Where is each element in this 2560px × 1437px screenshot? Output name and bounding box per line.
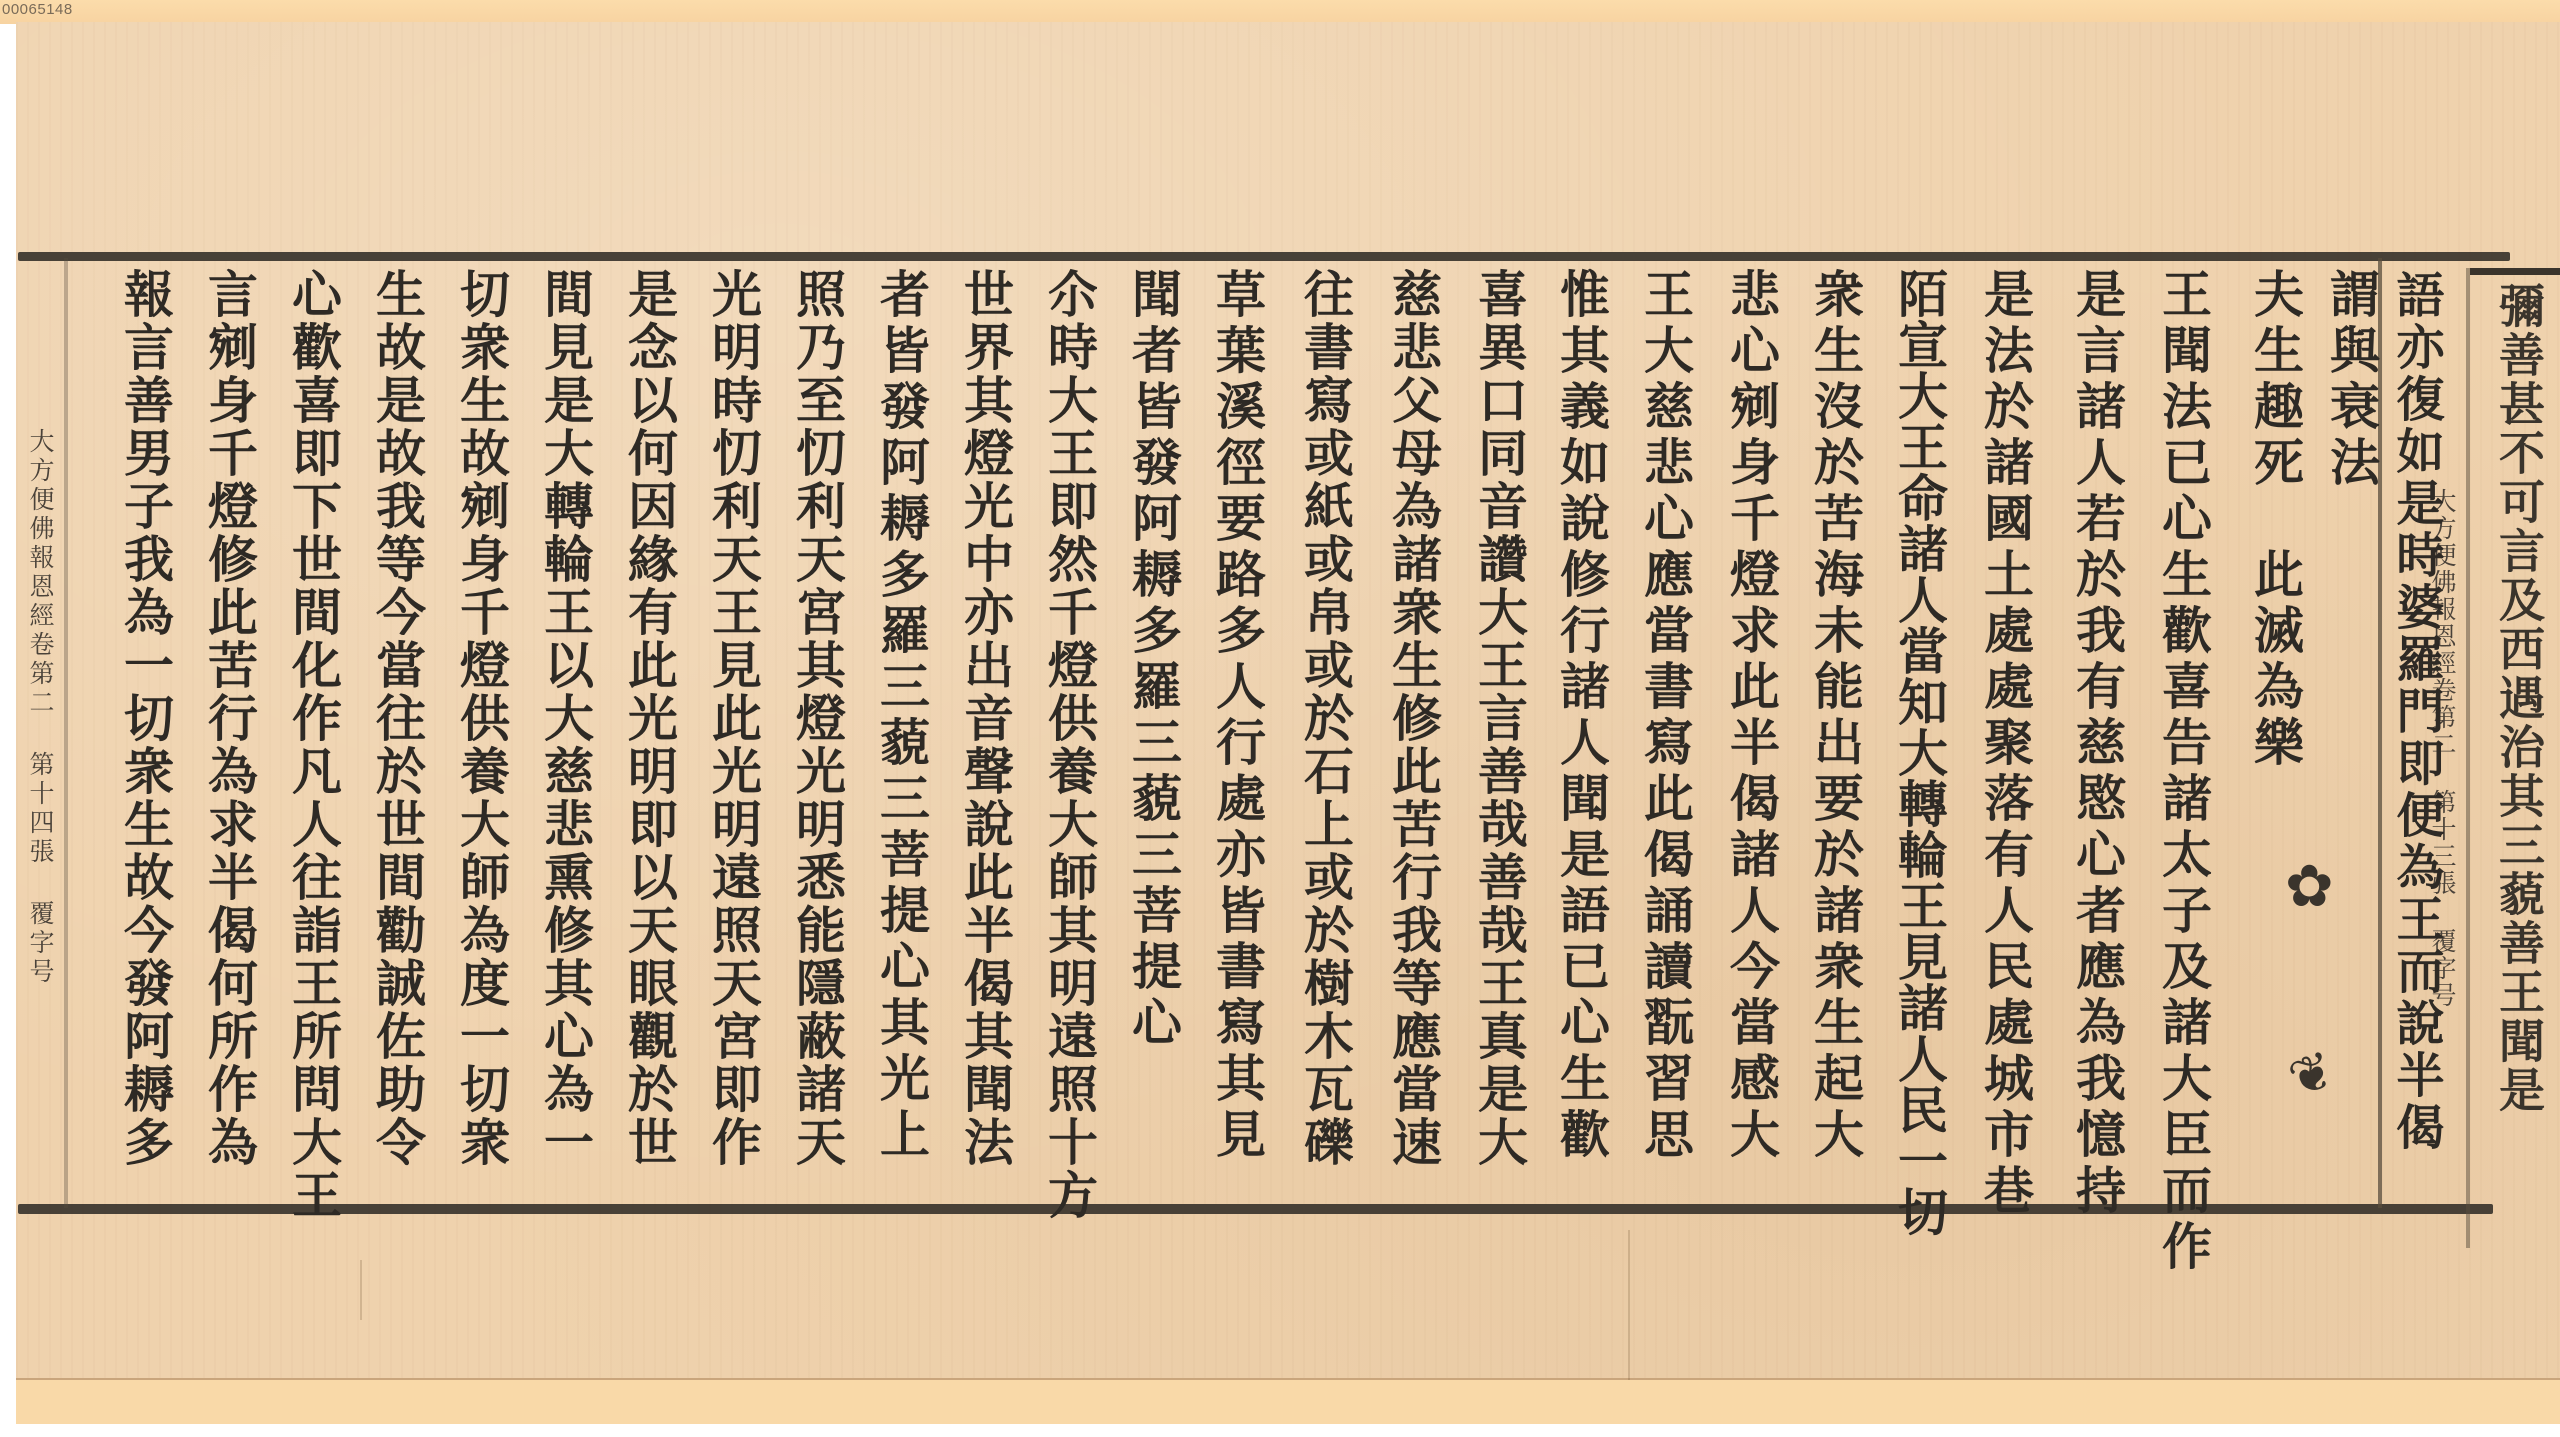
left-border-line <box>64 258 68 1208</box>
margin-title-left: 大方便佛報恩經卷第二 第十四張 覆字号 <box>28 428 53 987</box>
text-column-9: 悲心剜身千燈求此半偈諸人今當感大 <box>1726 268 1776 1164</box>
text-column-13: 慈悲父母為諸衆生修此苦行我等應當速 <box>1388 268 1438 1169</box>
text-column-27: 言剜身千燈修此苦行為求半偈何所作為 <box>204 268 254 1169</box>
text-column-2: 謂與衰法 <box>2326 268 2376 492</box>
top-border-rule <box>18 252 2510 261</box>
text-column-16: 聞者皆發阿耨多羅三藐三菩提心 <box>1128 268 1178 1052</box>
text-column-12: 喜異口同音讚大王言善哉善哉王真是大 <box>1474 268 1524 1169</box>
text-column-24: 切衆生故剜身千燈供養大師為度一切衆 <box>456 268 506 1169</box>
text-column-14: 往書寫或紙或帛或於石上或於樹木瓦礫 <box>1300 268 1350 1169</box>
text-column-26: 心歡喜即下世間化作凡人往詣王所問大王 <box>288 268 338 1222</box>
text-column-18: 世界其燈光中亦出音聲說此半偈其聞法 <box>960 268 1010 1169</box>
text-column-3: 夫生趣死 此滅為樂 <box>2250 268 2300 772</box>
text-column-1: 語亦復如是時婆羅門即便為王而說半偈 <box>2392 270 2440 1154</box>
next-sheet-border-rule <box>2470 268 2560 275</box>
paper-crease <box>360 1260 362 1320</box>
paper-crease <box>1628 1230 1630 1380</box>
paper-lower-edge <box>16 1378 2560 1424</box>
sheet-join-line <box>2466 268 2470 1248</box>
text-column-5: 是言諸人若於我有慈愍心者應為我憶持 <box>2072 268 2122 1220</box>
text-column-28: 報言善男子我為一切衆生故今發阿耨多 <box>120 268 170 1169</box>
text-column-6: 是法於諸國土處處聚落有人民處城市巷 <box>1980 268 2030 1220</box>
text-column-10: 王大慈悲心應當書寫此偈誦讀翫習思 <box>1640 268 1690 1164</box>
text-column-7: 陌宣大王命諸人當知大轉輪王見諸人民一切 <box>1894 268 1944 1237</box>
text-column-22: 是念以何因緣有此光明即以天眼觀於世 <box>624 268 674 1169</box>
scanner-header-strip: 00065148 <box>0 0 2560 24</box>
scan-id-label: 00065148 <box>2 1 73 18</box>
text-column-11: 惟其義如說修行諸人聞是語已心生歡 <box>1556 268 1606 1164</box>
scanned-page: 00065148 彌善甚不可言及西遇治其三藐善王聞是 大方便佛報恩經卷第二 第十… <box>0 0 2560 1437</box>
text-column-23: 間見是大轉輪王以大慈悲熏修其心為一 <box>540 268 590 1169</box>
text-column-8: 衆生沒於苦海未能出要於諸衆生起大 <box>1810 268 1860 1164</box>
text-column-21: 光明時忉利天王見此光明遠照天宮即作 <box>708 268 758 1169</box>
text-column-17: 尒時大王即然千燈供養大師其明遠照十方 <box>1044 268 1094 1222</box>
text-column-4: 王聞法已心生歡喜告諸太子及諸大臣而作 <box>2158 268 2208 1276</box>
text-column-19: 者皆發阿耨多羅三藐三菩提心其光上 <box>876 268 926 1164</box>
text-column-15: 草葉溪徑要路多人行處亦皆書寫其見 <box>1212 268 1262 1164</box>
partial-column-next-sheet: 彌善甚不可言及西遇治其三藐善王聞是 <box>2496 282 2542 1115</box>
text-column-20: 照乃至忉利天宮其燈光明悉能隱蔽諸天 <box>792 268 842 1169</box>
flower-ornament-icon: ✿ <box>2285 852 2334 920</box>
text-column-25: 生故是故我等今當往於世間勸誠佐助令 <box>372 268 422 1169</box>
